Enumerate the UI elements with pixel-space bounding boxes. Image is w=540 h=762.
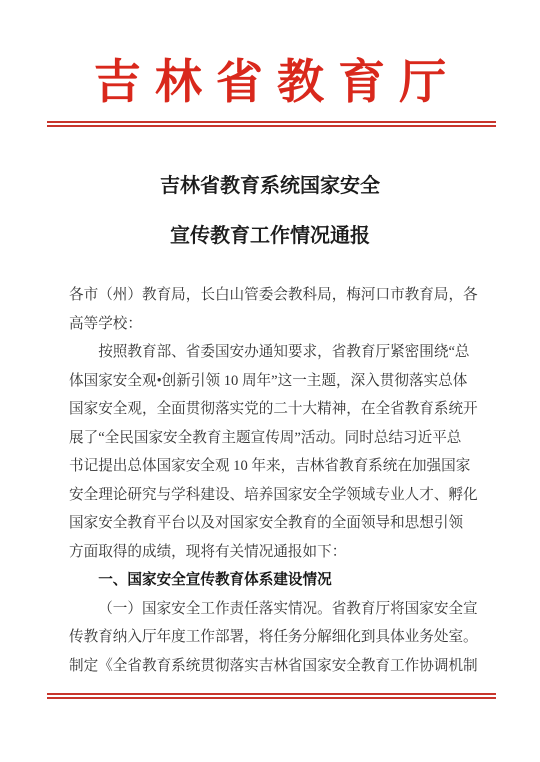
document-title-line2: 宣传教育工作情况通报 (0, 211, 540, 261)
document-body: 各市（州）教育局，长白山管委会教科局，梅河口市教育局，各高等学校：按照教育部、省… (69, 281, 489, 680)
body-line: 国家安全观，全面贯彻落实党的二十大精神，在全省教育系统开 (69, 395, 489, 424)
letterhead-agency-name: 吉林省教育厅 (0, 57, 540, 109)
body-line: 书记提出总体国家安全观 10 年来，吉林省教育系统在加强国家 (69, 452, 489, 481)
body-line: （一）国家安全工作责任落实情况。省教育厅将国家安全宣 (69, 595, 489, 624)
document-title-line1: 吉林省教育系统国家安全 (0, 161, 540, 211)
body-line: 方面取得的成绩，现将有关情况通报如下： (69, 538, 489, 567)
body-line: 体国家安全观•创新引领 10 周年”这一主题，深入贯彻落实总体 (69, 367, 489, 396)
footer-rule (47, 693, 496, 699)
body-line: 按照教育部、省委国安办通知要求，省教育厅紧密围绕“总 (69, 338, 489, 367)
document-page: 吉林省教育厅 吉林省教育系统国家安全 宣传教育工作情况通报 各市（州）教育局，长… (0, 0, 540, 762)
section-heading: 一、国家安全宣传教育体系建设情况 (69, 566, 489, 595)
body-line: 高等学校： (69, 310, 489, 339)
body-line: 制定《全省教育系统贯彻落实吉林省国家安全教育工作协调机制 (69, 652, 489, 681)
body-line: 国家安全教育平台以及对国家安全教育的全面领导和思想引领 (69, 509, 489, 538)
document-title: 吉林省教育系统国家安全 宣传教育工作情况通报 (0, 161, 540, 261)
body-line: 安全理论研究与学科建设、培养国家安全学领域专业人才、孵化 (69, 481, 489, 510)
letterhead-rule (47, 121, 496, 127)
body-line: 传教育纳入厅年度工作部署，将任务分解细化到具体业务处室。 (69, 623, 489, 652)
body-line: 各市（州）教育局，长白山管委会教科局，梅河口市教育局，各 (69, 281, 489, 310)
body-line: 展了“全民国家安全教育主题宣传周”活动。同时总结习近平总 (69, 424, 489, 453)
